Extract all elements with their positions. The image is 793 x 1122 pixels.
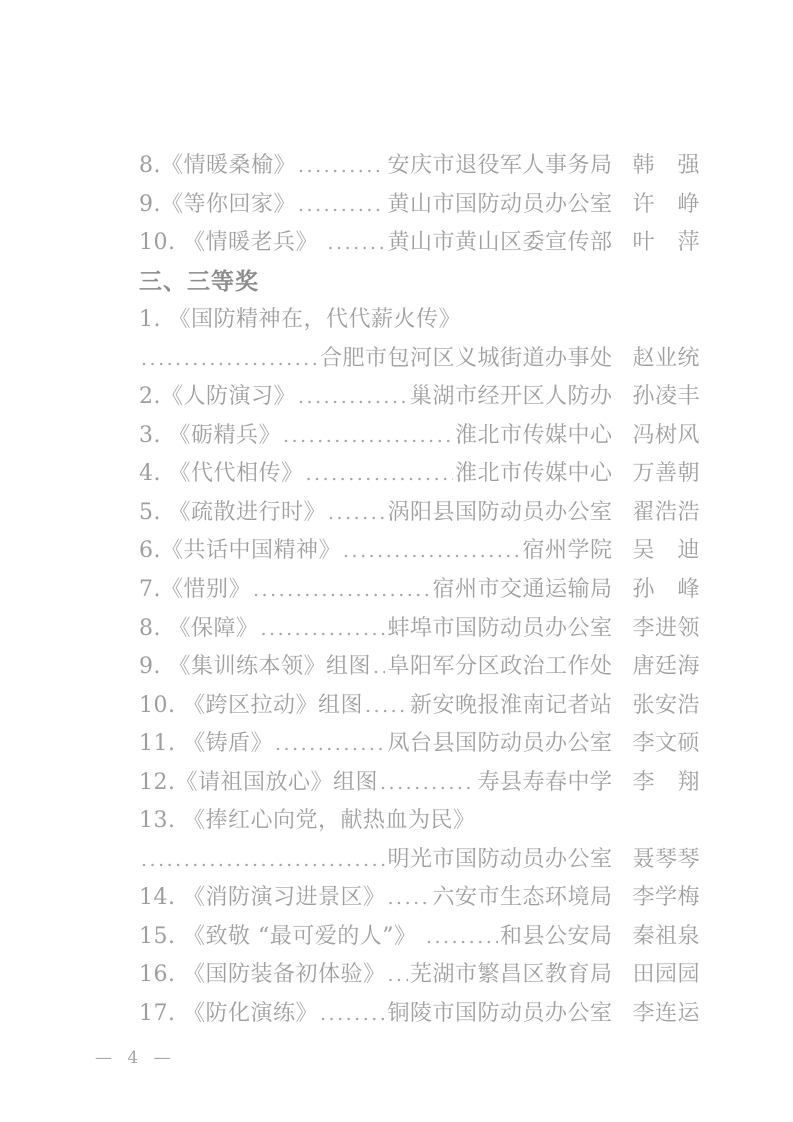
award-entry: 6. 《共话中国精神》 ............................…	[139, 532, 700, 571]
dot-leader: ........................................…	[388, 879, 431, 918]
entry-author: 李连运	[632, 995, 700, 1034]
award-entry: 4. 《代代相传》 ..............................…	[139, 455, 700, 494]
entry-title: 《人防演习》	[161, 378, 296, 417]
entry-author: 赵业统	[632, 340, 700, 379]
award-entry-title-line: 13. 《捧红心向党，献热血为民》	[139, 802, 700, 841]
entry-author: 翟浩浩	[632, 494, 700, 533]
entry-author: 许 峥	[632, 186, 700, 225]
entry-number: 8.	[139, 147, 161, 186]
award-entry: 17. 《防化演练》 .............................…	[139, 995, 700, 1034]
award-entry: 9. 《集训练本领》组图 ...........................…	[139, 648, 700, 687]
entry-organization: 淮北市传媒中心	[455, 455, 613, 494]
entry-title: 《情暖老兵》	[183, 224, 326, 263]
award-entry: 16. 《国防装备初体验》 ..........................…	[139, 956, 700, 995]
entry-author: 李学梅	[632, 879, 700, 918]
entry-title: 《捧红心向党，献热血为民》	[183, 802, 476, 841]
dot-leader: ........................................…	[298, 186, 385, 225]
award-entry: 2. 《人防演习》 ..............................…	[139, 378, 700, 417]
entry-number: 10.	[139, 224, 183, 263]
entry-author: 聂琴琴	[632, 841, 700, 880]
dot-leader: ........................................…	[380, 764, 475, 803]
award-entry: 3. 《砺精兵》 ...............................…	[139, 417, 700, 456]
entry-author: 秦祖泉	[632, 918, 700, 957]
entry-organization: 淮北市传媒中心	[455, 417, 613, 456]
award-entry: 10. 《情暖老兵》 .............................…	[139, 224, 700, 263]
entry-author: 吴 迪	[632, 532, 700, 571]
entry-author: 韩 强	[632, 147, 700, 186]
entry-title: 《请祖国放心》组图	[176, 764, 379, 803]
entry-organization: 阜阳军分区政治工作处	[387, 648, 612, 687]
entry-organization: 和县公安局	[500, 918, 613, 957]
entry-number: 9.	[139, 648, 168, 687]
award-list: 8. 《情暖桑榆》 ..............................…	[139, 147, 700, 1034]
entry-author: 张安浩	[632, 687, 700, 726]
entry-author: 孙凌丰	[632, 378, 700, 417]
entry-author: 李进领	[632, 610, 700, 649]
entry-title: 《防化演练》	[183, 995, 318, 1034]
entry-title: 《惜别》	[161, 571, 251, 610]
dot-leader: ........................................…	[327, 224, 385, 263]
entry-author: 李 翔	[632, 764, 700, 803]
entry-number: 4.	[139, 455, 168, 494]
award-entry-title-line: 1. 《国防精神在，代代薪火传》	[139, 301, 700, 340]
entry-title: 《集训练本领》组图	[168, 648, 371, 687]
entry-title: 《情暖桑榆》	[161, 147, 296, 186]
dot-leader: ........................................…	[141, 841, 385, 880]
entry-title: 《代代相传》	[168, 455, 303, 494]
entry-organization: 铜陵市国防动员办公室	[387, 995, 612, 1034]
entry-title: 《国防精神在，代代薪火传》	[168, 301, 461, 340]
dot-leader: ........................................…	[365, 687, 408, 726]
entry-number: 12.	[139, 764, 176, 803]
award-entry-continuation-line: ........................................…	[139, 340, 700, 379]
award-entry: 10. 《跨区拉动》组图 ...........................…	[139, 687, 700, 726]
entry-title: 《保障》	[168, 610, 258, 649]
award-entry: 7. 《惜别》 ................................…	[139, 571, 700, 610]
entry-number: 2.	[139, 378, 161, 417]
dot-leader: ........................................…	[283, 417, 453, 456]
entry-number: 16.	[139, 956, 183, 995]
section-heading-third-prize: 三、三等奖	[139, 263, 700, 302]
entry-author: 田园园	[632, 956, 700, 995]
entry-organization: 明光市国防动员办公室	[387, 841, 612, 880]
entry-number: 1.	[139, 301, 168, 340]
dot-leader: ........................................…	[328, 494, 385, 533]
entry-organization: 凤台县国防动员办公室	[387, 725, 612, 764]
entry-title: 《共话中国精神》	[161, 532, 341, 571]
dot-leader: ........................................…	[426, 918, 498, 957]
second-prize-tail-list: 8. 《情暖桑榆》 ..............................…	[139, 147, 700, 263]
entry-author: 冯树风	[632, 417, 700, 456]
entry-title: 《消防演习进景区》	[183, 879, 386, 918]
award-entry: 15. 《致敬 “最可爱的人”》 .......................…	[139, 918, 700, 957]
entry-number: 5.	[139, 494, 168, 533]
entry-organization: 蚌埠市国防动员办公室	[387, 610, 612, 649]
entry-title: 《砺精兵》	[168, 417, 281, 456]
entry-number: 10.	[139, 687, 183, 726]
dot-leader: ........................................…	[373, 648, 385, 687]
entry-number: 14.	[139, 879, 183, 918]
entry-organization: 合肥市包河区义城街道办事处	[320, 340, 613, 379]
entry-organization: 涡阳县国防动员办公室	[387, 494, 612, 533]
entry-title: 《跨区拉动》组图	[183, 687, 363, 726]
entry-number: 6.	[139, 532, 161, 571]
entry-organization: 六安市生态环境局	[432, 879, 612, 918]
entry-organization: 芜湖市繁昌区教育局	[410, 956, 613, 995]
dot-leader: ........................................…	[298, 147, 385, 186]
award-entry: 14. 《消防演习进景区》 ..........................…	[139, 879, 700, 918]
third-prize-list: 1. 《国防精神在，代代薪火传》 .......................…	[139, 301, 700, 1033]
award-entry: 11. 《铸盾》 ...............................…	[139, 725, 700, 764]
award-entry: 8. 《情暖桑榆》 ..............................…	[139, 147, 700, 186]
entry-author: 孙 峰	[632, 571, 700, 610]
dot-leader: ........................................…	[388, 956, 408, 995]
award-entry-continuation-line: ........................................…	[139, 841, 700, 880]
entry-organization: 黄山市黄山区委宣传部	[387, 224, 612, 263]
dot-leader: ........................................…	[275, 725, 385, 764]
award-entry: 8. 《保障》 ................................…	[139, 610, 700, 649]
dot-leader: ........................................…	[320, 995, 385, 1034]
entry-organization: 安庆市退役军人事务局	[387, 147, 612, 186]
dot-leader: ........................................…	[298, 378, 408, 417]
dot-leader: ........................................…	[253, 571, 430, 610]
entry-number: 15.	[139, 918, 183, 957]
entry-number: 11.	[139, 725, 183, 764]
entry-author: 唐廷海	[632, 648, 700, 687]
entry-number: 3.	[139, 417, 168, 456]
entry-number: 8.	[139, 610, 168, 649]
entry-organization: 宿州市交通运输局	[432, 571, 612, 610]
scanned-document-page: 8. 《情暖桑榆》 ..............................…	[0, 0, 793, 1122]
page-number: — 4 —	[95, 1048, 174, 1068]
section-heading-text: 三、三等奖	[139, 263, 259, 302]
entry-organization: 新安晚报淮南记者站	[410, 687, 613, 726]
entry-title: 《等你回家》	[161, 186, 296, 225]
entry-number: 17.	[139, 995, 183, 1034]
dot-leader: ........................................…	[261, 610, 386, 649]
entry-organization: 寿县寿春中学	[477, 764, 612, 803]
entry-title: 《疏散进行时》	[168, 494, 326, 533]
entry-title: 《国防装备初体验》	[183, 956, 386, 995]
dot-leader: ........................................…	[343, 532, 520, 571]
entry-title: 《铸盾》	[183, 725, 273, 764]
award-entry: 9. 《等你回家》 ..............................…	[139, 186, 700, 225]
entry-organization: 巢湖市经开区人防办	[410, 378, 613, 417]
dot-leader: ........................................…	[306, 455, 453, 494]
entry-author: 叶 萍	[632, 224, 700, 263]
entry-author: 李文硕	[632, 725, 700, 764]
entry-author: 万善朝	[632, 455, 700, 494]
entry-number: 13.	[139, 802, 183, 841]
entry-organization: 黄山市国防动员办公室	[387, 186, 612, 225]
entry-title: 《致敬 “最可爱的人”》	[183, 918, 424, 957]
award-entry: 12. 《请祖国放心》组图 ..........................…	[139, 764, 700, 803]
award-entry: 5. 《疏散进行时》 .............................…	[139, 494, 700, 533]
dot-leader: ........................................…	[141, 340, 318, 379]
entry-organization: 宿州学院	[522, 532, 612, 571]
entry-number: 7.	[139, 571, 161, 610]
entry-number: 9.	[139, 186, 161, 225]
